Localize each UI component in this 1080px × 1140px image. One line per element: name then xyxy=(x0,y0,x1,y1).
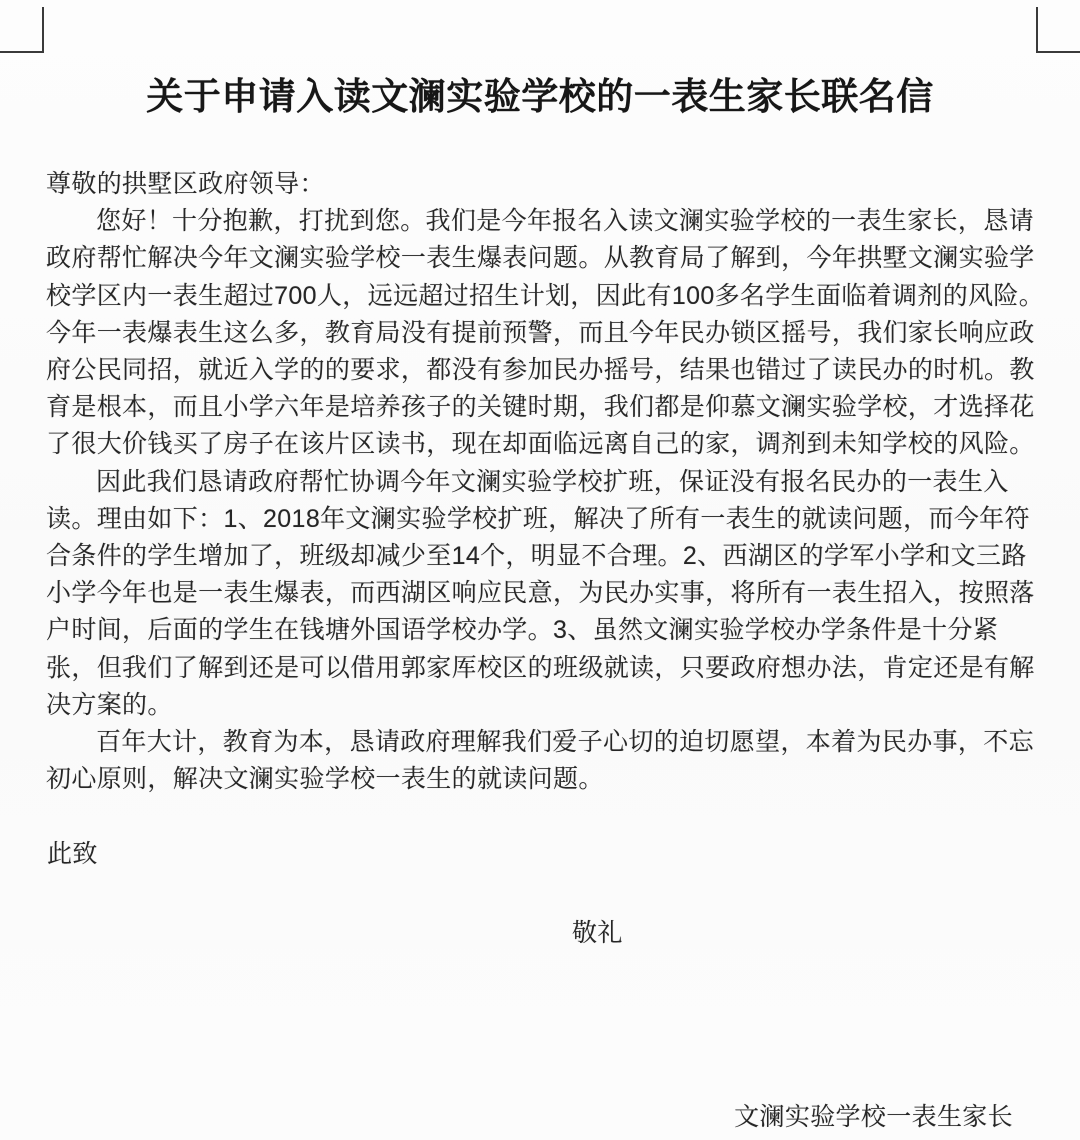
scan-crop-mark-top-left xyxy=(0,7,44,53)
letter-line: 百年大计，教育为本，恳请政府理解我们爱子心切的迫切愿望，本着为民办事，不忘 xyxy=(46,724,1038,761)
letter-line: 育是根本，而且小学六年是培养孩子的关键时期，我们都是仰慕文澜实验学校，才选择花 xyxy=(46,389,1038,426)
letter-body: 尊敬的拱墅区政府领导： 您好！十分抱歉，打扰到您。我们是今年报名入读文澜实验学校… xyxy=(46,166,1038,798)
letter-line: 初心原则，解决文澜实验学校一表生的就读问题。 xyxy=(46,761,1038,798)
letter-line: 决方案的。 xyxy=(46,687,1038,724)
letter-line: 合条件的学生增加了，班级却减少至14个，明显不合理。2、西湖区的学军小学和文三路 xyxy=(46,538,1038,575)
letter-line: 府公民同招，就近入学的的要求，都没有参加民办摇号，结果也错过了读民办的时机。教 xyxy=(46,352,1038,389)
letter-line: 校学区内一表生超过700人，远远超过招生计划，因此有100多名学生面临着调剂的风… xyxy=(46,278,1038,315)
letter-line: 因此我们恳请政府帮忙协调今年文澜实验学校扩班，保证没有报名民办的一表生入 xyxy=(46,464,1038,501)
scanned-letter-page: 关于申请入读文澜实验学校的一表生家长联名信 尊敬的拱墅区政府领导： 您好！十分抱… xyxy=(0,0,1080,1140)
letter-closing-cizhi: 此致 xyxy=(47,834,98,870)
letter-line: 了很大价钱买了房子在该片区读书，现在却面临远离自己的家，调剂到未知学校的风险。 xyxy=(46,426,1038,463)
letter-line: 您好！十分抱歉，打扰到您。我们是今年报名入读文澜实验学校的一表生家长，恳请 xyxy=(46,203,1038,240)
letter-salutation: 尊敬的拱墅区政府领导： xyxy=(46,166,1038,203)
letter-line: 户时间，后面的学生在钱塘外国语学校办学。3、虽然文澜实验学校办学条件是十分紧 xyxy=(46,612,1038,649)
letter-line: 政府帮忙解决今年文澜实验学校一表生爆表问题。从教育局了解到，今年拱墅文澜实验学 xyxy=(46,240,1038,277)
scan-crop-mark-top-right xyxy=(1036,7,1080,53)
letter-signature: 文澜实验学校一表生家长 xyxy=(734,1097,1013,1133)
letter-line: 今年一表爆表生这么多，教育局没有提前预警，而且今年民办锁区摇号，我们家长响应政 xyxy=(46,315,1038,352)
letter-line: 小学今年也是一表生爆表，而西湖区响应民意，为民办实事，将所有一表生招入，按照落 xyxy=(46,575,1038,612)
letter-closing-jingli: 敬礼 xyxy=(572,913,623,949)
letter-line: 张，但我们了解到还是可以借用郭家厍校区的班级就读，只要政府想办法，肯定还是有解 xyxy=(46,650,1038,687)
letter-title: 关于申请入读文澜实验学校的一表生家长联名信 xyxy=(0,66,1080,120)
letter-line: 读。理由如下：1、2018年文澜实验学校扩班，解决了所有一表生的就读问题，而今年… xyxy=(46,501,1038,538)
